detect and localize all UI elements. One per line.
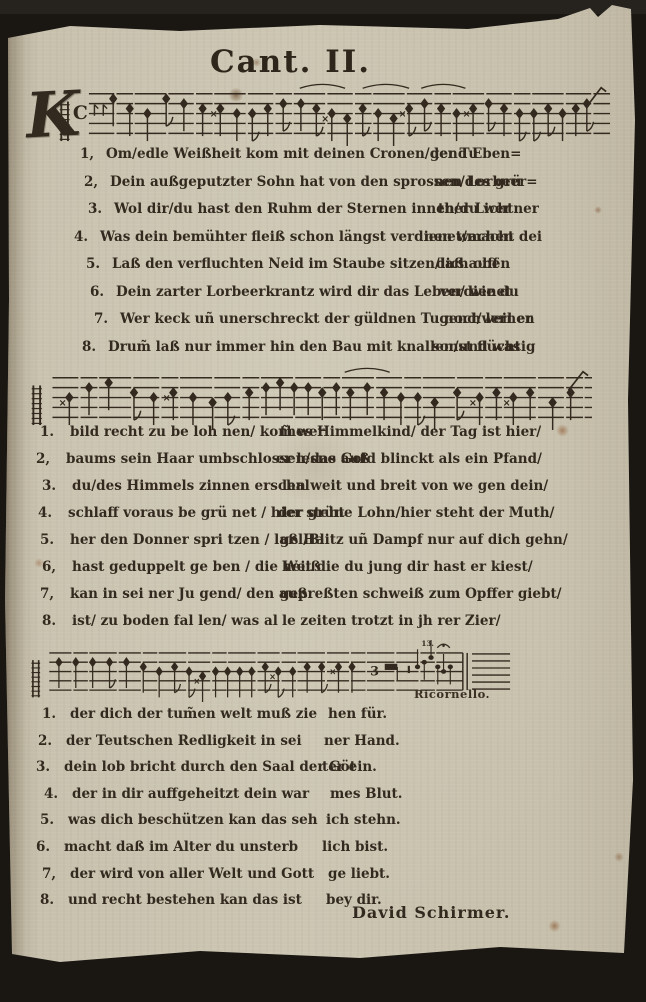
svg-text:×: × xyxy=(503,398,511,409)
verse-line-number: 5. xyxy=(86,256,100,272)
verse-line: 4.der in dir auffgeheitzt dein warmes Bl… xyxy=(8,786,646,808)
verse-line: 2.der Teutschen Redligkeit in seiner Han… xyxy=(2,733,646,755)
music-staff-2: ×××× xyxy=(30,364,592,430)
page-title: Cant. II. xyxy=(210,44,371,80)
verse-line-number: 2. xyxy=(38,733,52,749)
verse-line-number: 5. xyxy=(40,532,54,548)
verse-line-number: 4. xyxy=(44,786,58,802)
verse-line-text-right: der grüne Lohn/hier steht der Muth/ xyxy=(278,505,554,521)
svg-text:×: × xyxy=(329,667,336,677)
verse-line-text-right: len weit und breit von we gen dein/ xyxy=(282,478,548,494)
svg-text:C: C xyxy=(73,102,88,124)
verse-line-number: 8. xyxy=(82,339,96,355)
verse-line-text-right: er lesne Gold blinckt als ein Pfand/ xyxy=(276,451,542,467)
verse-line: 6.macht daß im Alter du unsterblich bist… xyxy=(0,839,646,861)
verse-line-text-right: mes Blut. xyxy=(330,786,402,802)
verse-line-text-left: dein lob bricht durch den Saal der Göt xyxy=(64,759,356,775)
ricornello-label: Ricornello. xyxy=(414,687,490,701)
verse-line-text-right: noch lernen xyxy=(444,311,535,327)
verse-line-text-right: ner Hand. xyxy=(324,733,400,749)
verse-line: 6,hast geduppelt ge ben / die Weißheit d… xyxy=(6,559,646,581)
verse-line: 7,kan in sei ner Ju gend/ den außgepreßt… xyxy=(4,586,646,608)
svg-text:×: × xyxy=(269,672,276,682)
verse-line-text-left: ist/ zu boden fal len/ was al xyxy=(72,613,278,629)
verse-line-text-left: der dich der tum̃en welt muß zie xyxy=(70,706,317,722)
verse-line: 5.was dich beschützen kan das sehich ste… xyxy=(4,812,646,834)
verse-line-text-right: nen Lorbeer= xyxy=(434,174,538,190)
verse-line-text-right: gel/Blitz uñ Dampf nur auf dich gehn/ xyxy=(280,532,568,548)
verse-line: 2,Dein außgeputzter Sohn hat von den spr… xyxy=(4,174,646,196)
verse-line-number: 6, xyxy=(42,559,56,575)
verse-line: 7,der wird von aller Welt und Gottge lie… xyxy=(6,866,646,888)
verse-line-text-right: thes Himmelkind/ der Tag ist hier/ xyxy=(280,424,541,440)
verse-line: 5.Laß den verfluchten Neid im Staube sit… xyxy=(6,256,646,278)
verse-line-number: 6. xyxy=(90,284,104,300)
svg-text:×: × xyxy=(163,393,171,404)
verse-line-text-right: heit die du jung dir hast er kiest/ xyxy=(282,559,533,575)
svg-text:×: × xyxy=(321,114,329,125)
verse-line: 5.her den Donner spri tzen / laß Hagel/B… xyxy=(4,532,646,554)
verse-line: 8.ist/ zu boden fal len/ was alle zeiten… xyxy=(6,613,646,635)
verse-line-text-left: der Teutschen Redligkeit in sei xyxy=(66,733,302,749)
verse-line-text-left: Om/edle Weißheit kom mit deinen Cronen/d… xyxy=(106,146,478,162)
svg-text:×: × xyxy=(463,109,471,120)
verse-line: 8.Drum̃ laß nur immer hin den Bau mit kn… xyxy=(2,339,646,361)
verse-line-text-right: gend Eben= xyxy=(430,146,521,162)
verse-line: 4.schlaff voraus be grü net / hier steht… xyxy=(2,505,646,527)
svg-text:×: × xyxy=(469,398,477,409)
verse-line-number: 3. xyxy=(88,201,102,217)
verse-line-text-right: ter ein. xyxy=(322,759,377,775)
verse-line-text-right: hen für. xyxy=(328,706,387,722)
verse-line-text-right: le zeiten trotzt in jh rer Zier/ xyxy=(282,613,501,629)
verse-line-text-right: ther Lichtner xyxy=(438,201,539,217)
verse-line: 4.Was dein bemühter fleiß schon längst v… xyxy=(0,229,640,251)
paper-sheet: Cant. II. K C×××× 1,Om/edle Weißheit kom… xyxy=(0,0,646,1002)
svg-text:×: × xyxy=(210,109,218,120)
verse-line-number: 3. xyxy=(36,759,50,775)
verse-line-text-left: du/des Himmels zinnen erschal xyxy=(72,478,310,494)
verse-line-number: 4. xyxy=(38,505,52,521)
verse-line: 2,baums sein Haar umbschlossen/das außer… xyxy=(0,451,646,473)
verse-line-number: 3. xyxy=(42,478,56,494)
verse-line: 1,Om/edle Weißheit kom mit deinen Cronen… xyxy=(0,146,646,168)
verse-line-number: 1. xyxy=(42,706,56,722)
scan-background: Cant. II. K C×××× 1,Om/edle Weißheit kom… xyxy=(0,0,646,1002)
svg-text:×: × xyxy=(193,677,200,687)
verse-line-number: 8. xyxy=(42,613,56,629)
verse-line-number: 7. xyxy=(94,311,108,327)
verse-line-number: 1, xyxy=(80,146,94,162)
verse-line-number: 7, xyxy=(40,586,54,602)
svg-text:3: 3 xyxy=(370,664,379,680)
verse-line: 8.und recht bestehen kan das istbey dir. xyxy=(4,892,646,914)
verse-line-text-right: ich stehn. xyxy=(326,812,401,828)
verse-line-number: 5. xyxy=(40,812,54,828)
verse-line-text-right: dich oben xyxy=(436,256,510,272)
verse-line-text-left: der wird von aller Welt und Gott xyxy=(70,866,314,882)
verse-line-text-left: kan in sei ner Ju gend/ den auß xyxy=(70,586,308,602)
verse-line-text-left: was dich beschützen kan das seh xyxy=(68,812,318,828)
verse-line-number: 8. xyxy=(40,892,54,908)
verse-line-number: 1. xyxy=(40,424,54,440)
verse-line-text-right: verdienet xyxy=(440,284,511,300)
verse-line: 7.Wer keck uñ unerschreckt der güldnen T… xyxy=(14,311,646,333)
verse-line-text-left: der in dir auffgeheitzt dein war xyxy=(72,786,309,802)
verse-line-number: 7, xyxy=(42,866,56,882)
verse-line: 6.Dein zarter Lorbeerkrantz wird dir das… xyxy=(10,284,646,306)
verse-line-text-right: sonst flüchtig xyxy=(432,339,535,355)
svg-text:×: × xyxy=(399,109,407,120)
svg-text:×: × xyxy=(59,398,67,409)
author-signature: David Schirmer. xyxy=(352,903,510,922)
verse-line: 3.dein lob bricht durch den Saal der Göt… xyxy=(0,759,646,781)
verse-line-text-left: macht daß im Alter du unsterb xyxy=(64,839,298,855)
paper-stain xyxy=(548,920,561,932)
verse-line-text-right: nen wachen xyxy=(424,229,514,245)
verse-line: 1.der dich der tum̃en welt muß ziehen fü… xyxy=(6,706,646,728)
music-staff-1: C×××× xyxy=(58,80,610,146)
verse-line-text-right: lich bist. xyxy=(322,839,388,855)
verse-line: 1.bild recht zu be loh nen/ kom̃ werthes… xyxy=(4,424,646,446)
verse-line-number: 2, xyxy=(36,451,50,467)
verse-line-text-right: ge liebt. xyxy=(328,866,390,882)
svg-text:13.: 13. xyxy=(421,640,434,648)
verse-line: 3.du/des Himmels zinnen erschallen weit … xyxy=(6,478,646,500)
verse-line-number: 2, xyxy=(84,174,98,190)
verse-line-number: 4. xyxy=(74,229,88,245)
verse-line-text-left: und recht bestehen kan das ist xyxy=(68,892,302,908)
verse-line-text-right: gepreßten schweiß zum Opffer giebt/ xyxy=(280,586,562,602)
verse-line-number: 6. xyxy=(36,839,50,855)
verse-line: 3.Wol dir/du hast den Ruhm der Sternen i… xyxy=(8,201,646,223)
